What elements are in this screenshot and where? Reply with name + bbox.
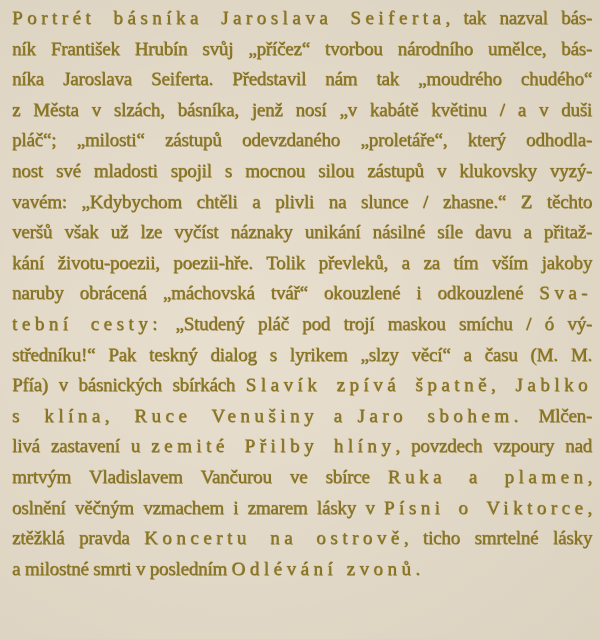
body-text: Mlčen-: [523, 406, 592, 427]
body-text: mrtvým Vladislavem Vančurou ve sbírce: [12, 467, 388, 488]
document-page: Portrét básníka Jaroslava Seiferta, tak …: [12, 4, 592, 585]
body-text: ,: [587, 498, 592, 519]
text-line: ztěžklá pravda Koncertu na ostrově, tich…: [12, 524, 592, 555]
body-text: naruby obrácená „máchovská tvář“ okouzle…: [12, 283, 539, 304]
body-text: středníku!“ Pak teskný dialog s lyrikem …: [12, 345, 592, 366]
body-text: , tak nazval bás-: [445, 8, 592, 29]
text-line: oslnění věčným vzmachem i zmarem lásky v…: [12, 494, 592, 525]
text-line: níka Jaroslava Seiferta. Představil nám …: [12, 65, 592, 96]
text-line: kání životu-poezii, poezii-hře. Tolik př…: [12, 249, 592, 280]
body-text: ztěžklá pravda: [12, 528, 144, 549]
text-line: veršů však už lze vyčíst náznaky unikání…: [12, 218, 592, 249]
text-line: a milostné smrti v posledním Odlévání zv…: [12, 555, 592, 586]
text-line: s klína, Ruce Venušiny a Jaro sbohem. Ml…: [12, 402, 592, 433]
body-text: .: [415, 559, 420, 580]
body-text: , povzdech vzpoury nad: [395, 436, 592, 457]
spaced-title-text: Portrét básníka Jaroslava Seiferta: [12, 8, 445, 29]
body-text: z Města v slzách, básníka, jenž nosí „v …: [12, 100, 592, 121]
body-text: Pfía) v básnických sbírkách: [12, 375, 246, 396]
spaced-title-text: Sva-: [539, 283, 592, 304]
text-line: pláč“; „milosti“ zástupů odevzdaného „pr…: [12, 126, 592, 157]
text-line: středníku!“ Pak teskný dialog s lyrikem …: [12, 341, 592, 372]
text-line: z Města v slzách, básníka, jenž nosí „v …: [12, 96, 592, 127]
body-text: kání životu-poezii, poezii-hře. Tolik př…: [12, 253, 592, 274]
body-text: veršů však už lze vyčíst náznaky unikání…: [12, 222, 592, 243]
body-text: ník František Hrubín svůj „příčez“ tvorb…: [12, 39, 592, 60]
spaced-title-text: tební cesty:: [12, 314, 162, 335]
body-text: ,: [587, 467, 592, 488]
text-line: Portrét básníka Jaroslava Seiferta, tak …: [12, 4, 592, 35]
spaced-title-text: Písni o Viktorce: [384, 498, 588, 519]
text-line: Pfía) v básnických sbírkách Slavík zpívá…: [12, 371, 592, 402]
spaced-title-text: Ruka a plamen: [388, 467, 588, 488]
spaced-title-text: Jaro sbohem.: [357, 406, 522, 427]
body-text: níka Jaroslava Seiferta. Představil nám …: [12, 69, 592, 90]
spaced-title-text: Koncertu na ostrově: [144, 528, 404, 549]
body-text: oslnění věčným vzmachem i zmarem lásky v: [12, 498, 384, 519]
spaced-title-text: zemité Přilby hlíny: [151, 436, 395, 457]
text-line: ník František Hrubín svůj „příčez“ tvorb…: [12, 35, 592, 66]
body-text: pláč“; „milosti“ zástupů odevzdaného „pr…: [12, 130, 592, 151]
body-text: a milostné smrti v posledním: [12, 559, 232, 580]
spaced-title-text: s klína, Ruce Venušiny: [12, 406, 318, 427]
body-text: „Studený pláč pod trojí maskou smíchu / …: [162, 314, 592, 335]
body-text: nost své mladosti spojil s mocnou silou …: [12, 161, 592, 182]
text-line: mrtvým Vladislavem Vančurou ve sbírce Ru…: [12, 463, 592, 494]
body-text: vavém: „Kdybychom chtěli a plivli na slu…: [12, 192, 592, 213]
body-text: , ticho smrtelné lásky: [404, 528, 592, 549]
text-line: livá zastavení u zemité Přilby hlíny, po…: [12, 432, 592, 463]
spaced-title-text: Slavík zpívá špatně, Jablko: [246, 375, 592, 396]
text-line: nost své mladosti spojil s mocnou silou …: [12, 157, 592, 188]
text-line: vavém: „Kdybychom chtěli a plivli na slu…: [12, 188, 592, 219]
text-line: naruby obrácená „máchovská tvář“ okouzle…: [12, 279, 592, 310]
body-text: livá zastavení u: [12, 436, 151, 457]
body-text: a: [318, 406, 357, 427]
text-line: tební cesty: „Studený pláč pod trojí mas…: [12, 310, 592, 341]
spaced-title-text: Odlévání zvonů: [232, 559, 416, 580]
